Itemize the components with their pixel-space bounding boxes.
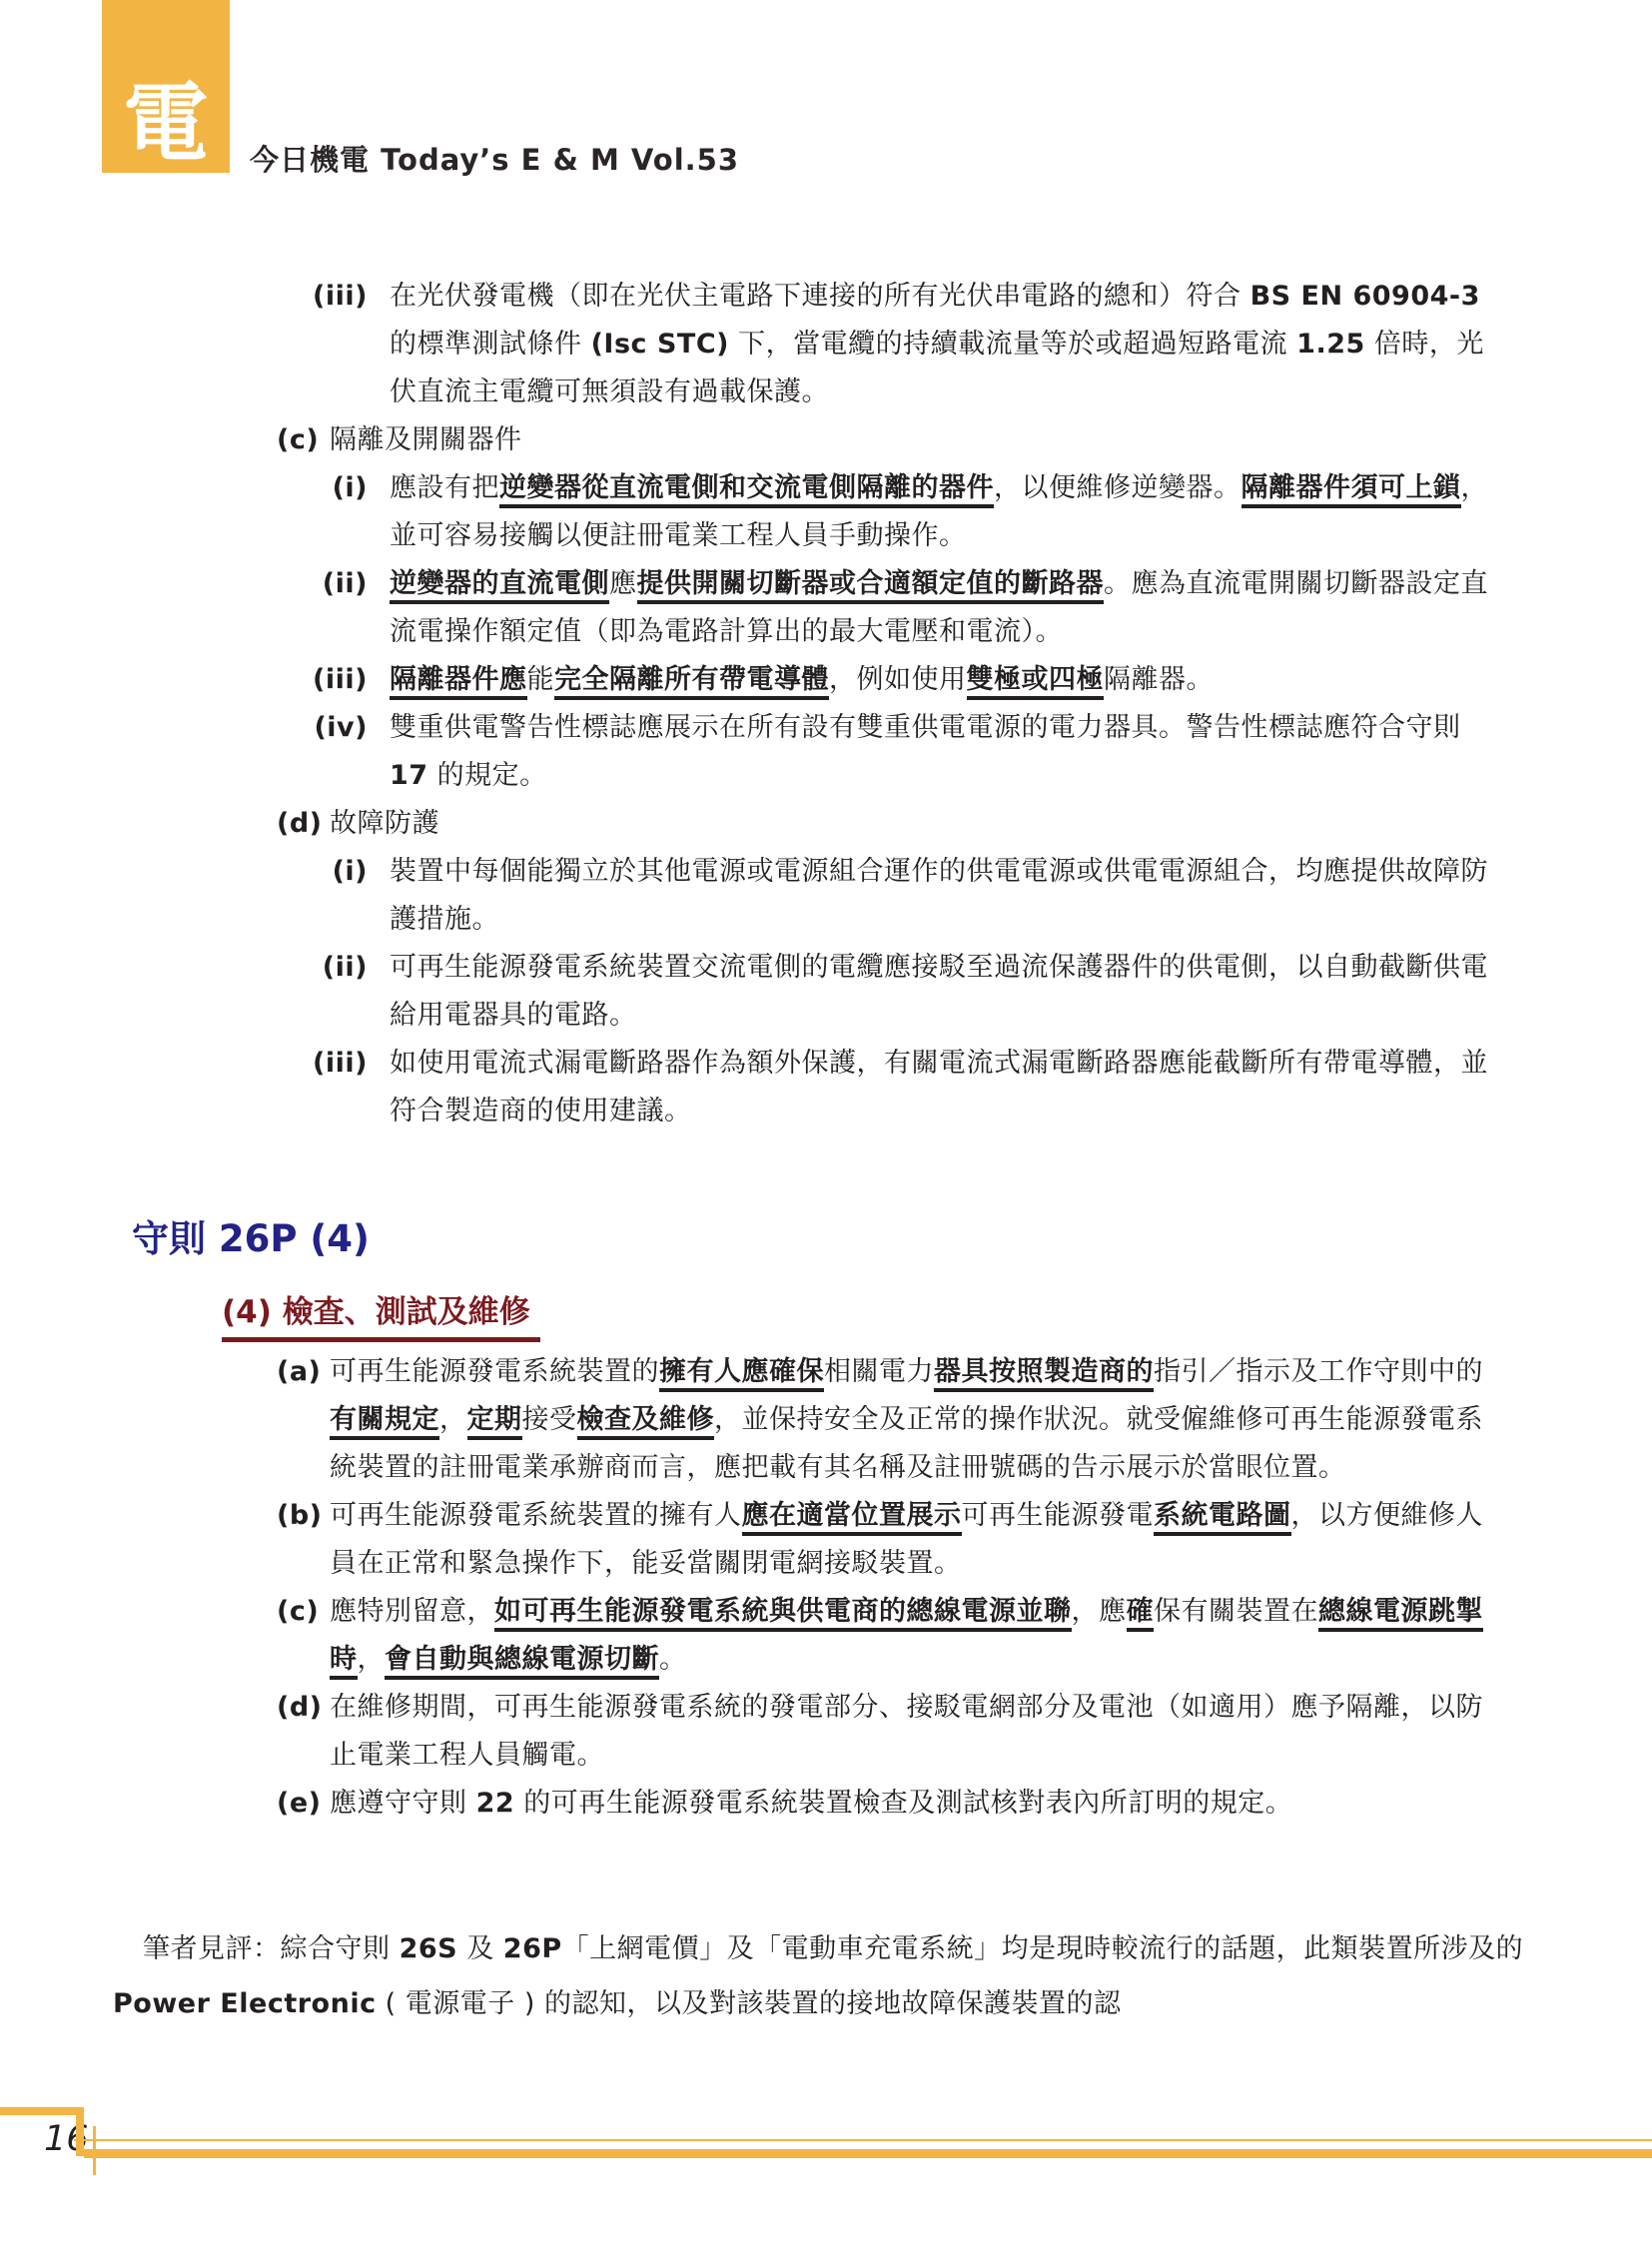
item-text: 裝置中每個能獨立於其他電源或電源組合運作的供電電源或供電電源組合，均應提供故障防… (390, 856, 1488, 935)
list-item: (d)故障防護 (0, 800, 1652, 848)
emphasized-underlined-text: 逆變器的直流電側 (390, 568, 609, 604)
item-marker: (ii) (300, 944, 368, 992)
text-run: 可再生能源發電系統裝置的 (330, 1356, 659, 1387)
text-run: 可再生能源發電 (962, 1500, 1155, 1531)
item-marker: (iii) (300, 1040, 368, 1088)
item-text: 隔離及開關器件 (330, 424, 522, 455)
item-marker: (c) (277, 1588, 337, 1636)
emphasized-underlined-text: 器具按照製造商的 (934, 1356, 1154, 1392)
item-marker: (b) (277, 1492, 337, 1540)
text-run: 雙重供電警告性標誌應展示在所有設有雙重供電電源的電力器具。警告性標誌應符合守則 (390, 712, 1461, 743)
text-run: 指引／指示及工作守則中的 (1154, 1356, 1483, 1387)
item-text: 隔離器件應能完全隔離所有帶電導體，例如使用雙極或四極隔離器。 (390, 664, 1214, 700)
journal-logo-box: 電 (102, 0, 230, 173)
text-run: 在光伏發電機（即在光伏主電路下連接的所有光伏串電路的總和）符合 (390, 281, 1250, 312)
text-run: 接受 (522, 1404, 577, 1435)
emphasized-underlined-text: 有關規定 (330, 1404, 439, 1440)
emphasized-underlined-text: 定期 (467, 1404, 522, 1440)
journal-logo-character: 電 (123, 81, 209, 167)
item-text: 可再生能源發電系統裝置交流電側的電纜應接駁至過流保護器件的供電側，以自動截斷供電… (390, 952, 1488, 1031)
document-page: 電 今日機電 Today’s E & M Vol.53 (iii)在光伏發電機（… (0, 0, 1652, 2242)
list-item: (c)應特別留意，如可再生能源發電系統與供電商的總線電源並聯，應確保有關裝置在總… (0, 1588, 1652, 1684)
text-run: ，例如使用 (829, 664, 967, 695)
emphasized-underlined-text: 雙極或四極 (967, 664, 1105, 700)
list-item: (b)可再生能源發電系統裝置的擁有人應在適當位置展示可再生能源發電系統電路圖，以… (0, 1492, 1652, 1588)
bold-text: Power Electronic (113, 1988, 377, 2019)
item-text: 在維修期間，可再生能源發電系統的發電部分、接駁電網部分及電池（如適用）應予隔離，… (330, 1692, 1483, 1771)
footer-ornament-thick-rule (84, 2149, 1652, 2158)
item-marker: (ii) (300, 560, 368, 608)
text-run: 隔離及開關器件 (330, 424, 522, 455)
text-run: ， (358, 1644, 386, 1675)
text-run: 能 (527, 664, 555, 695)
text-run: 可再生能源發電系統裝置交流電側的電纜應接駁至過流保護器件的供電側，以自動截斷供電… (390, 952, 1488, 1031)
list-item: (i)應設有把逆變器從直流電側和交流電側隔離的器件，以便維修逆變器。隔離器件須可… (0, 464, 1652, 560)
list-item: (iii)如使用電流式漏電斷路器作為額外保護，有關電流式漏電斷路器應能截斷所有帶… (0, 1040, 1652, 1135)
footer-ornament-crossing-tick (93, 2126, 96, 2175)
item-marker: (iv) (300, 704, 368, 752)
text-run: 可再生能源發電系統裝置的擁有人 (330, 1500, 742, 1531)
text-run: 應遵守守則 (330, 1788, 476, 1819)
author-commentary: 筆者見評：綜合守則 26S 及 26P「上網電價」及「電動車充電系統」均是現時較… (113, 1921, 1538, 2031)
section-heading: 守則 26P (4) (132, 1208, 370, 1262)
item-marker: (c) (277, 416, 337, 464)
list-item: (iii)在光伏發電機（即在光伏主電路下連接的所有光伏串電路的總和）符合 BS … (0, 273, 1652, 416)
text-run: 故障防護 (330, 808, 439, 839)
text-run: 相關電力 (824, 1356, 934, 1387)
text-run: 如使用電流式漏電斷路器作為額外保護，有關電流式漏電斷路器應能截斷所有帶電導體，並… (390, 1048, 1488, 1126)
list-item: (a)可再生能源發電系統裝置的擁有人應確保相關電力器具按照製造商的指引／指示及工… (0, 1348, 1652, 1492)
text-run: ，應 (1072, 1596, 1127, 1627)
text-run: 「上網電價」及「電動車充電系統」均是現時較流行的話題，此類裝置所涉及的 (562, 1933, 1524, 1964)
emphasized-underlined-text: 應在適當位置展示 (742, 1500, 962, 1536)
rule-26p-item-list: (a)可再生能源發電系統裝置的擁有人應確保相關電力器具按照製造商的指引／指示及工… (0, 1348, 1652, 1828)
item-text: 雙重供電警告性標誌應展示在所有設有雙重供電電源的電力器具。警告性標誌應符合守則 … (390, 712, 1461, 791)
emphasized-underlined-text: 擁有人應確保 (659, 1356, 824, 1392)
item-marker: (d) (277, 1684, 337, 1732)
emphasized-underlined-text: 隔離器件須可上鎖 (1241, 472, 1461, 508)
item-text: 如使用電流式漏電斷路器作為額外保護，有關電流式漏電斷路器應能截斷所有帶電導體，並… (390, 1048, 1488, 1126)
emphasized-underlined-text: 系統電路圖 (1154, 1500, 1291, 1536)
item-marker: (iii) (300, 656, 368, 704)
text-run: 應特別留意， (330, 1596, 494, 1627)
footer-ornament-thin-rule (74, 2139, 1652, 2141)
item-text: 應設有把逆變器從直流電側和交流電側隔離的器件，以便維修逆變器。隔離器件須可上鎖，… (390, 472, 1488, 551)
text-run: 下，當電纜的持續載流量等於或超過短路電流 (729, 329, 1296, 360)
item-text: 逆變器的直流電側應提供開關切斷器或合適額定值的斷路器。應為直流電開關切斷器設定直… (390, 568, 1488, 647)
text-run: ， (439, 1404, 467, 1435)
bold-text: 22 (476, 1788, 515, 1819)
emphasized-underlined-text: 會自動與總線電源切斷 (385, 1644, 659, 1680)
list-item: (ii)逆變器的直流電側應提供開關切斷器或合適額定值的斷路器。應為直流電開關切斷… (0, 560, 1652, 656)
list-item: (c)隔離及開關器件 (0, 416, 1652, 464)
emphasized-underlined-text: 提供開關切斷器或合適額定值的斷路器 (637, 568, 1105, 604)
emphasized-underlined-text: 隔離器件應 (390, 664, 527, 700)
item-marker: (iii) (300, 273, 368, 321)
item-marker: (d) (277, 800, 337, 848)
text-run: 。 (659, 1644, 687, 1675)
text-run: 在維修期間，可再生能源發電系統的發電部分、接駁電網部分及電池（如適用）應予隔離，… (330, 1692, 1483, 1771)
item-text: 可再生能源發電系統裝置的擁有人應在適當位置展示可再生能源發電系統電路圖，以方便維… (330, 1500, 1483, 1579)
text-run: 應設有把 (390, 472, 499, 503)
emphasized-underlined-text: 檢查及維修 (577, 1404, 715, 1440)
item-text: 故障防護 (330, 808, 439, 839)
item-text: 在光伏發電機（即在光伏主電路下連接的所有光伏串電路的總和）符合 BS EN 60… (390, 281, 1484, 407)
bold-text: 17 (390, 760, 428, 791)
item-marker: (i) (300, 464, 368, 512)
journal-title: 今日機電 Today’s E & M Vol.53 (250, 138, 739, 179)
item-marker: (i) (300, 848, 368, 896)
bold-text: 26S (400, 1933, 458, 1964)
text-run: 的規定。 (428, 760, 547, 791)
emphasized-underlined-text: 逆變器從直流電側和交流電側隔離的器件 (499, 472, 994, 508)
emphasized-underlined-text: 完全隔離所有帶電導體 (554, 664, 829, 700)
emphasized-underlined-text: 確 (1127, 1596, 1155, 1632)
footer-ornament-bracket-vertical-line (76, 2107, 84, 2156)
list-item: (iv)雙重供電警告性標誌應展示在所有設有雙重供電電源的電力器具。警告性標誌應符… (0, 704, 1652, 800)
bold-text: 26P (503, 1933, 562, 1964)
item-text: 可再生能源發電系統裝置的擁有人應確保相關電力器具按照製造商的指引／指示及工作守則… (330, 1356, 1483, 1483)
list-item: (iii)隔離器件應能完全隔離所有帶電導體，例如使用雙極或四極隔離器。 (0, 656, 1652, 704)
item-text: 應遵守守則 22 的可再生能源發電系統裝置檢查及測試核對表內所訂明的規定。 (330, 1788, 1292, 1819)
text-run: 隔離器。 (1104, 664, 1214, 695)
text-run: 的可再生能源發電系統裝置檢查及測試核對表內所訂明的規定。 (514, 1788, 1292, 1819)
text-run: 應 (609, 568, 637, 599)
text-run: 筆者見評：綜合守則 (143, 1933, 400, 1964)
list-item: (e)應遵守守則 22 的可再生能源發電系統裝置檢查及測試核對表內所訂明的規定。 (0, 1780, 1652, 1828)
item-marker: (e) (277, 1780, 337, 1828)
bold-text: (Isc STC) (591, 329, 729, 360)
footer-ornament-bracket-top-line (0, 2107, 84, 2115)
text-run: 及 (457, 1933, 503, 1964)
regulation-clause-list: (iii)在光伏發電機（即在光伏主電路下連接的所有光伏串電路的總和）符合 BS … (0, 273, 1652, 1135)
text-run: ( 電源電子 ) 的認知，以及對該裝置的接地故障保護裝置的認 (377, 1988, 1122, 2019)
item-text: 應特別留意，如可再生能源發電系統與供電商的總線電源並聯，應確保有關裝置在總線電源… (330, 1596, 1483, 1680)
text-run: 的標準測試條件 (390, 329, 591, 360)
text-run: 保有關裝置在 (1154, 1596, 1318, 1627)
emphasized-underlined-text: 如可再生能源發電系統與供電商的總線電源並聯 (494, 1596, 1072, 1632)
text-run: ，以便維修逆變器。 (994, 472, 1241, 503)
item-marker: (a) (277, 1348, 337, 1396)
text-run: 裝置中每個能獨立於其他電源或電源組合運作的供電電源或供電電源組合，均應提供故障防… (390, 856, 1488, 935)
bold-text: BS EN 60904-3 (1250, 281, 1480, 312)
section-subheading: (4) 檢查、測試及維修 (222, 1286, 540, 1342)
list-item: (i)裝置中每個能獨立於其他電源或電源組合運作的供電電源或供電電源組合，均應提供… (0, 848, 1652, 944)
bold-text: 1.25 (1296, 329, 1365, 360)
list-item: (ii)可再生能源發電系統裝置交流電側的電纜應接駁至過流保護器件的供電側，以自動… (0, 944, 1652, 1040)
list-item: (d)在維修期間，可再生能源發電系統的發電部分、接駁電網部分及電池（如適用）應予… (0, 1684, 1652, 1780)
